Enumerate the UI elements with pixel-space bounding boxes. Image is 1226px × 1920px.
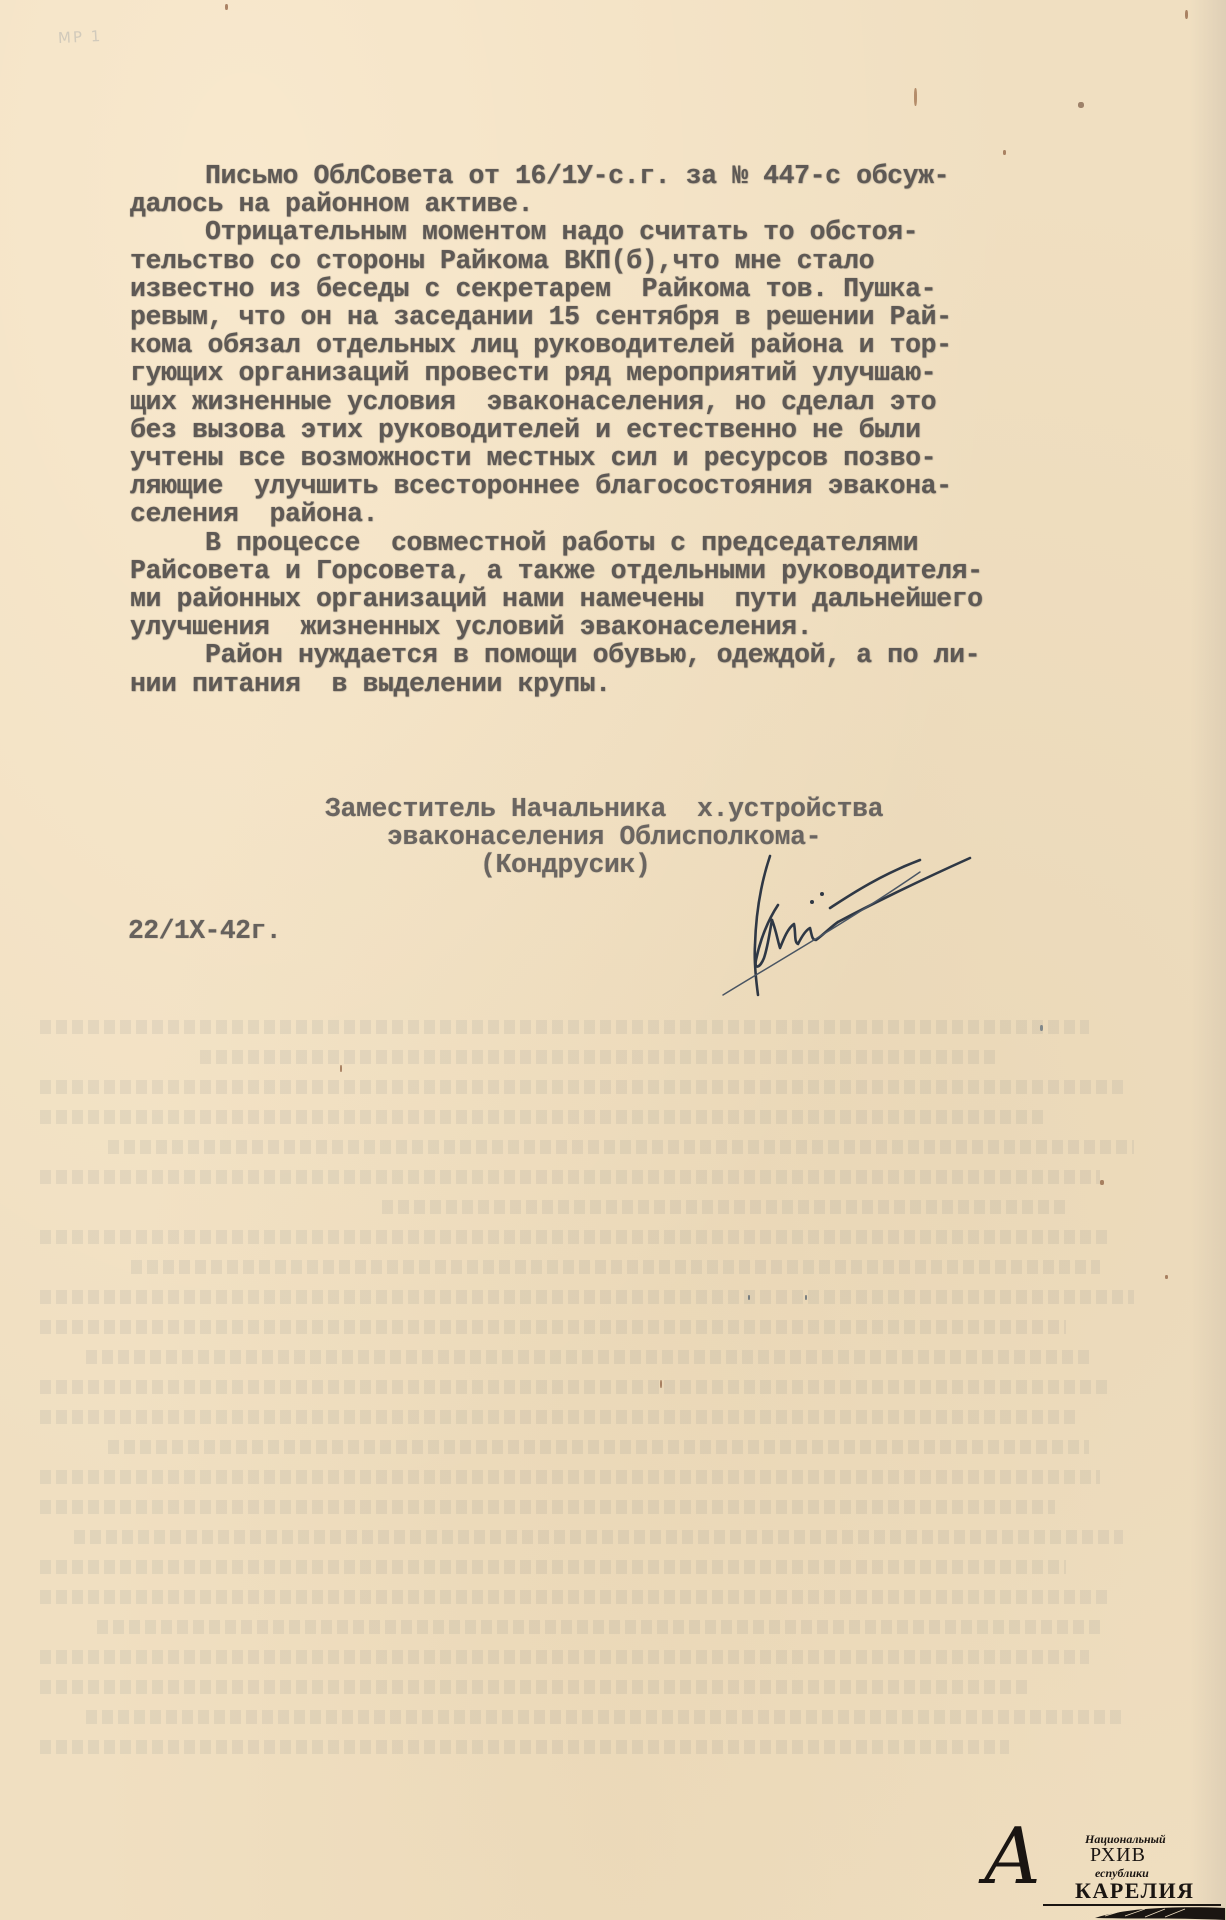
text-line: известно из беседы с секретарем Райкома … (130, 275, 1190, 303)
text-line: кома обязал отдельных лиц руководителей … (130, 331, 1190, 359)
text-line: учтены все возможности местных сил и рес… (130, 444, 1190, 472)
text-line: Письмо ОблСовета от 16/1У-с.г. за № 447-… (130, 162, 1190, 190)
reverse-side-bleed-through (40, 1020, 1180, 1800)
signatory-department: эваконаселения Облисполкома- (325, 823, 1045, 851)
text-line: улучшения жизненных условий эваконаселен… (130, 613, 1190, 641)
letter-body: Письмо ОблСовета от 16/1У-с.г. за № 447-… (130, 162, 1190, 698)
quill-feather-icon (1095, 1906, 1225, 1920)
text-line: далось на районном активе. (130, 190, 1190, 218)
national-archive-karelia-logo: А Национальный РХИВ еспублики КАРЕЛИЯ (975, 1818, 1225, 1920)
text-line: ревым, что он на заседании 15 сентября в… (130, 303, 1190, 331)
text-line: Отрицательным моментом надо считать то о… (130, 218, 1190, 246)
text-line: ляющие улучшить всестороннее благосостоя… (130, 472, 1190, 500)
logo-monogram: А (983, 1818, 1042, 1896)
text-line: нии питания в выделении крупы. (130, 670, 1190, 698)
text-line: без вызова этих руководителей и естестве… (130, 416, 1190, 444)
text-line: В процессе совместной работы с председат… (130, 529, 1190, 557)
logo-karelia-label: КАРЕЛИЯ (1075, 1878, 1195, 1904)
handwritten-signature-icon (720, 850, 990, 1010)
text-line: тельство со стороны Райкома ВКП(б),что м… (130, 247, 1190, 275)
pencil-mark: МР 1 (58, 27, 103, 47)
text-line: щих жизненные условия эваконаселения, но… (130, 388, 1190, 416)
text-line: Район нуждается в помощи обувью, одеждой… (130, 641, 1190, 669)
text-line: ми районных организаций нами намечены пу… (130, 585, 1190, 613)
signatory-title: Заместитель Начальника х.устройства (325, 795, 1045, 823)
archival-document-page: МР 1 (0, 0, 1226, 1920)
text-line: Райсовета и Горсовета, а также отдельным… (130, 557, 1190, 585)
document-date: 22/1Х-42г. (128, 916, 281, 946)
logo-archive-label: РХИВ (1090, 1844, 1146, 1867)
text-line: гующих организаций провести ряд мероприя… (130, 359, 1190, 387)
text-line: селения района. (130, 500, 1190, 528)
